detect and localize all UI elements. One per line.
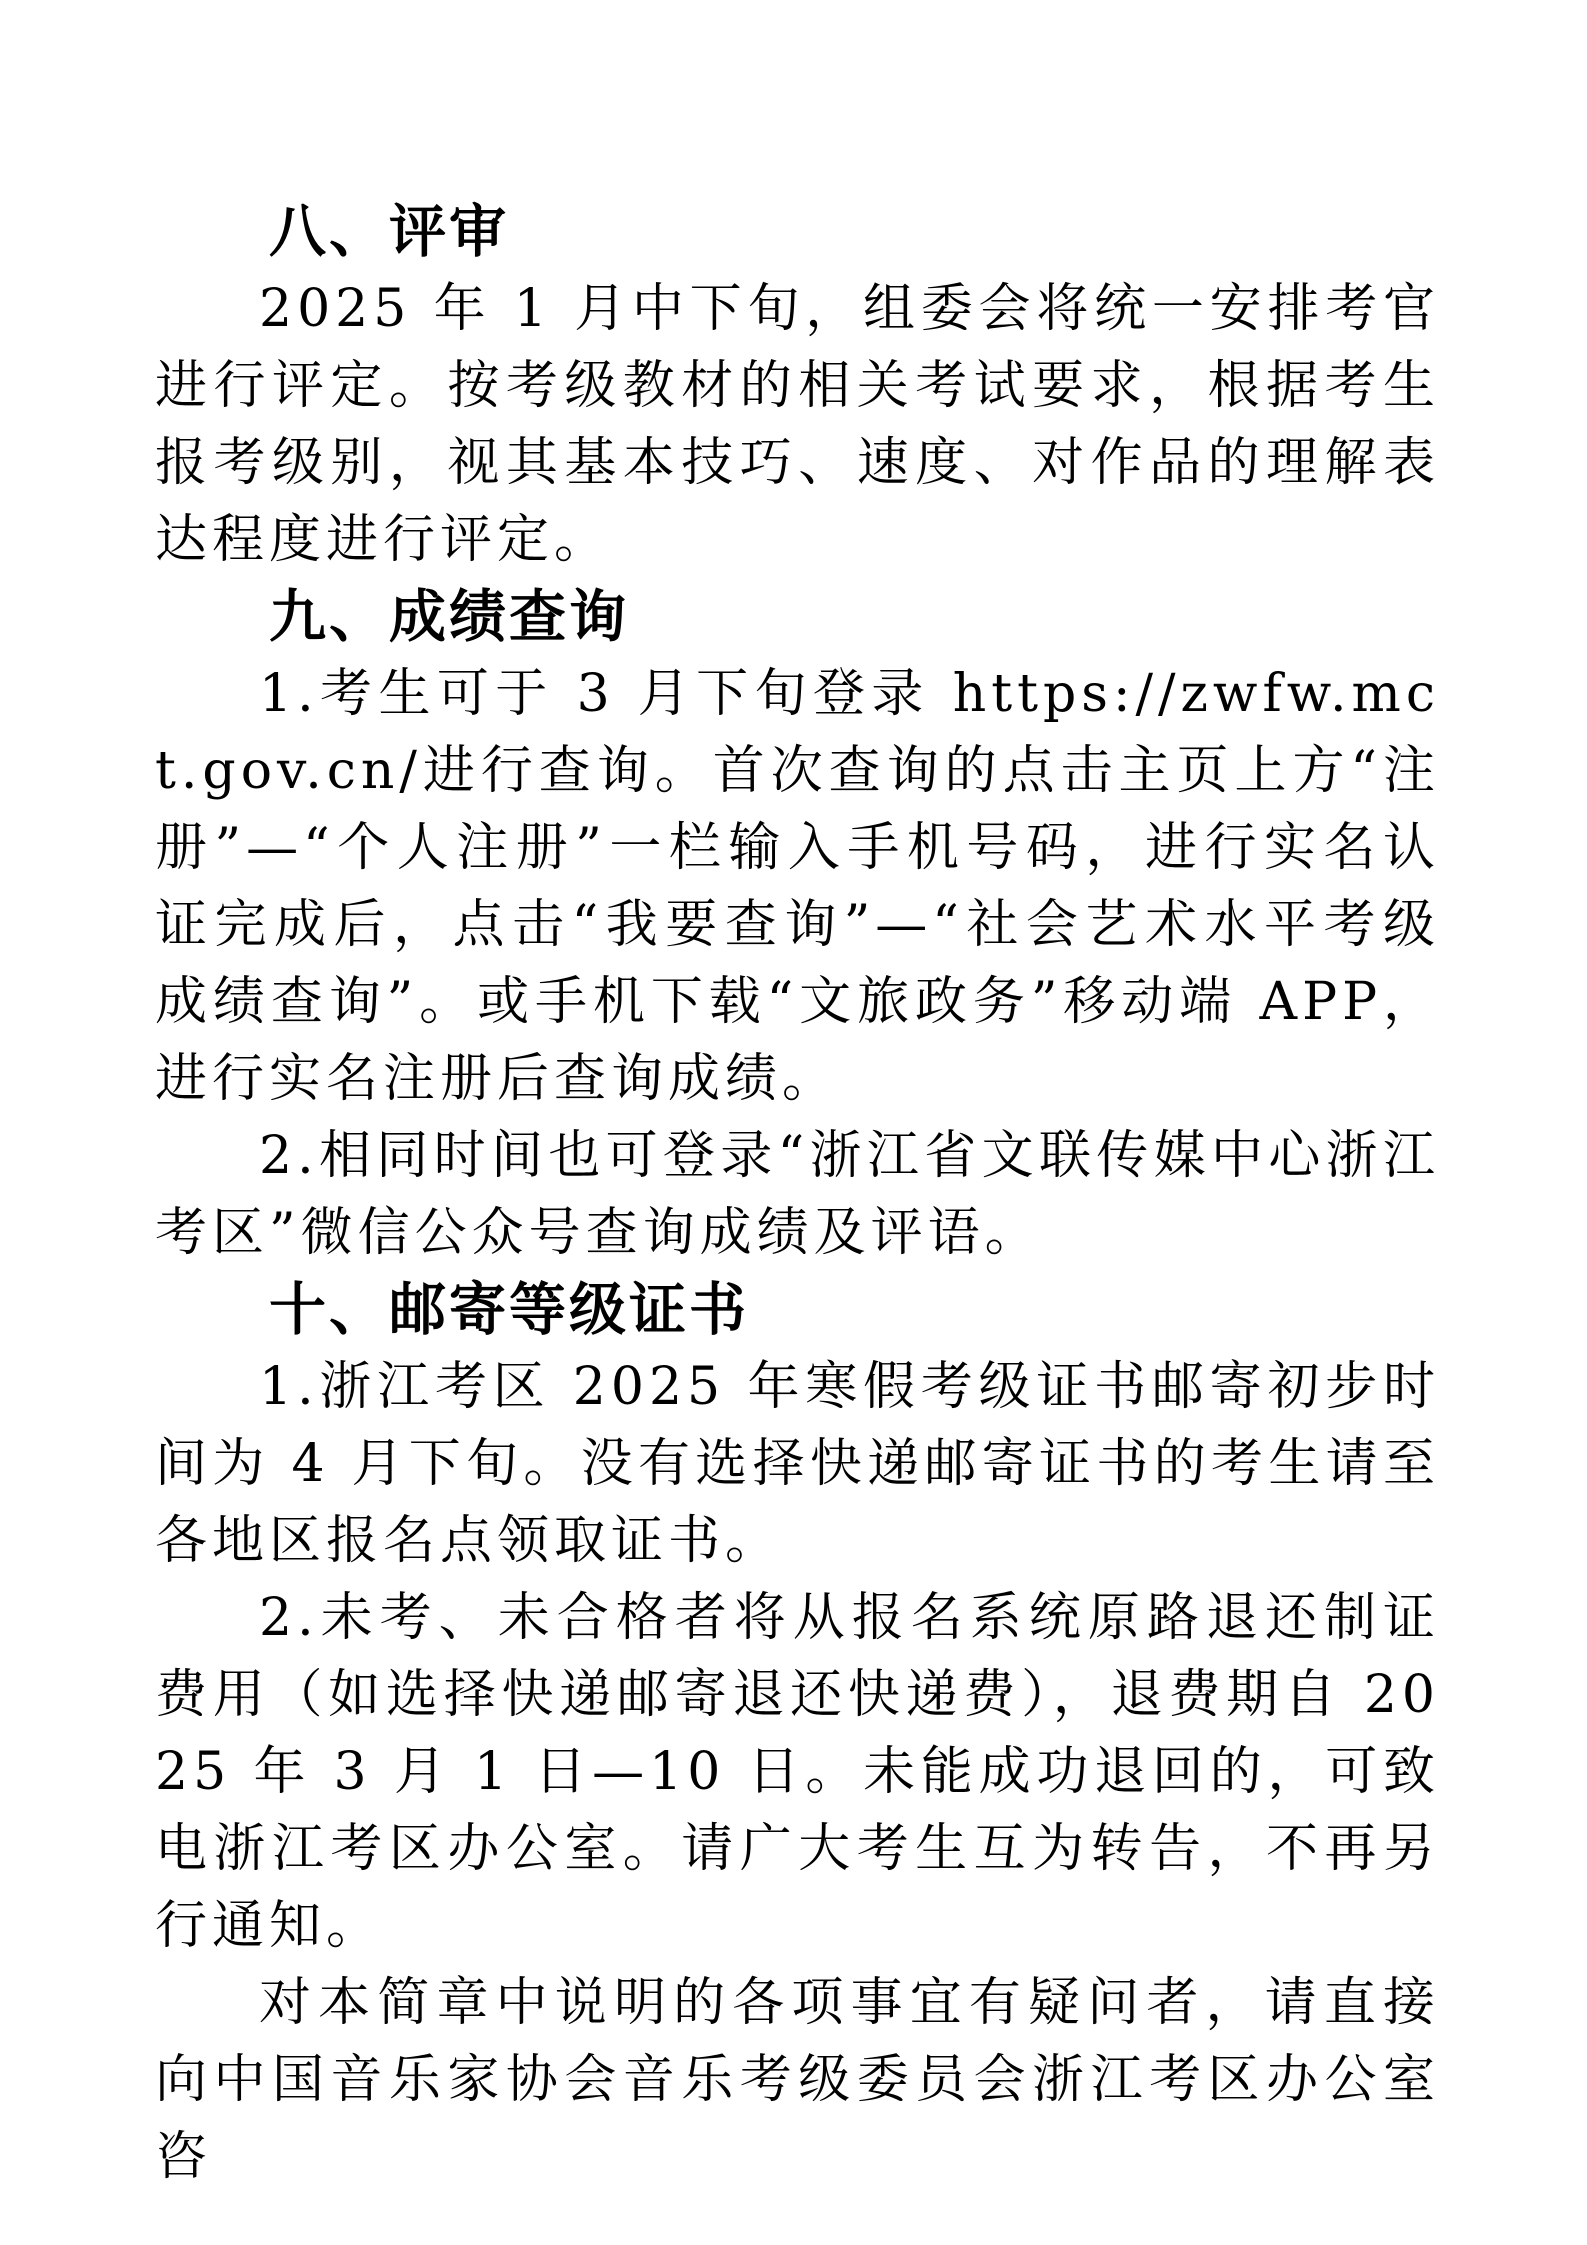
paragraph-review-process: 2025 年 1 月中下旬，组委会将统一安排考官进行评定。按考级教材的相关考试要… bbox=[155, 271, 1440, 579]
section-heading-certificate-mailing: 十、邮寄等级证书 bbox=[155, 1272, 1440, 1349]
paragraph-contact-office: 对本简章中说明的各项事宜有疑问者，请直接向中国音乐家协会音乐考级委员会浙江考区办… bbox=[155, 1965, 1440, 2196]
paragraph-score-inquiry-wechat: 2.相同时间也可登录“浙江省文联传媒中心浙江考区”微信公众号查询成绩及评语。 bbox=[155, 1118, 1440, 1272]
section-heading-score-inquiry: 九、成绩查询 bbox=[155, 579, 1440, 656]
section-heading-review: 八、评审 bbox=[155, 194, 1440, 271]
paragraph-certificate-mailing-time: 1.浙江考区 2025 年寒假考级证书邮寄初步时间为 4 月下旬。没有选择快递邮… bbox=[155, 1349, 1440, 1580]
paragraph-score-inquiry-website: 1.考生可于 3 月下旬登录 https://zwfw.mct.gov.cn/进… bbox=[155, 656, 1440, 1118]
paragraph-refund-policy: 2.未考、未合格者将从报名系统原路退还制证费用（如选择快递邮寄退还快递费），退费… bbox=[155, 1580, 1440, 1965]
document-page: 八、评审 2025 年 1 月中下旬，组委会将统一安排考官进行评定。按考级教材的… bbox=[0, 0, 1587, 2245]
document-content: 八、评审 2025 年 1 月中下旬，组委会将统一安排考官进行评定。按考级教材的… bbox=[155, 194, 1440, 2196]
